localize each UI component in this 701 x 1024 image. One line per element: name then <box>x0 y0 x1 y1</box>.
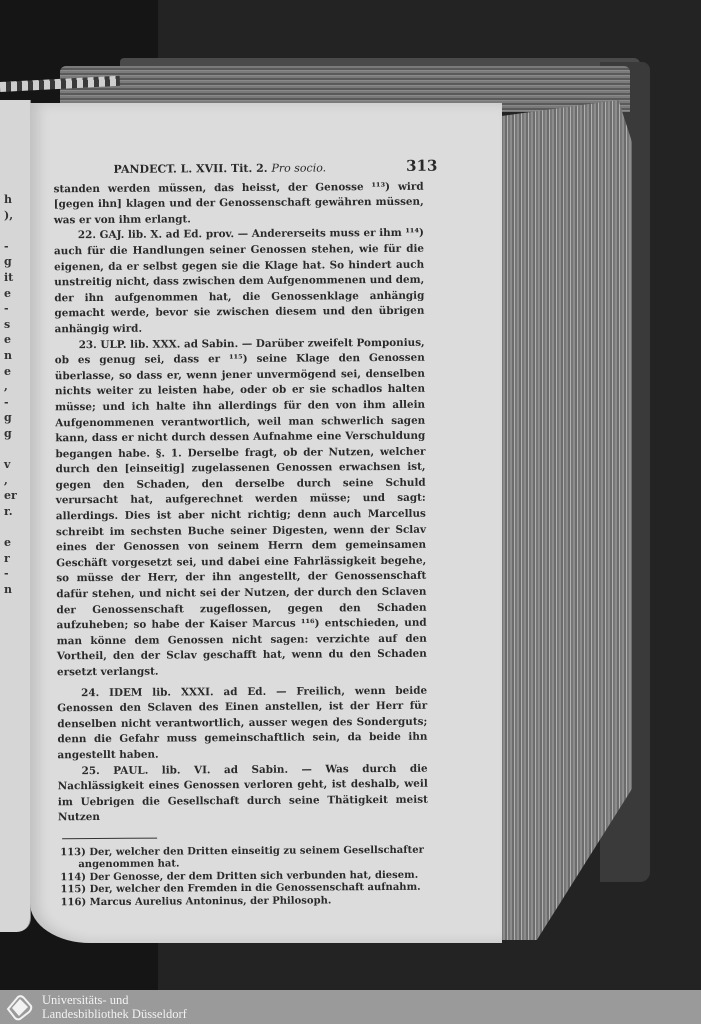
footnote: 115) Der, welcher den Fremden in die Gen… <box>58 882 428 897</box>
page-fore-edge <box>496 100 632 940</box>
running-head-left: PANDECT. L. XVII. Tit. 2. Pro socio. <box>113 160 326 177</box>
paragraph: 23. ULP. lib. XXX. ad Sabin. — Darüber z… <box>55 335 427 681</box>
paragraph: standen werden müssen, das heisst, der G… <box>54 179 424 228</box>
footnote-separator <box>62 838 157 840</box>
paragraph: 24. IDEM lib. XXXI. ad Ed. — Freilich, w… <box>57 683 428 764</box>
page-number: 313 <box>406 159 437 175</box>
running-head: PANDECT. L. XVII. Tit. 2. Pro socio. 313 <box>113 159 437 178</box>
footnote: 116) Marcus Aurelius Antoninus, der Phil… <box>59 895 429 910</box>
library-banner: Universitäts- und Landesbibliothek Düsse… <box>0 990 701 1024</box>
library-book-logo-icon <box>4 993 34 1021</box>
page-text: PANDECT. L. XVII. Tit. 2. Pro socio. 313… <box>53 159 428 910</box>
paragraph: 25. PAUL. lib. VI. ad Sabin. — Was durch… <box>58 761 428 826</box>
paragraph: 22. GAJ. lib. X. ad Ed. prov. — Anderers… <box>54 226 425 338</box>
library-name: Universitäts- und Landesbibliothek Düsse… <box>42 993 187 1021</box>
footnote: 113) Der, welcher den Dritten einseitig … <box>58 845 428 873</box>
left-page-text-fragment: h ), - g it e - s e n e , - g g v , er r… <box>4 192 17 597</box>
left-page: h ), - g it e - s e n e , - g g v , er r… <box>0 100 31 932</box>
